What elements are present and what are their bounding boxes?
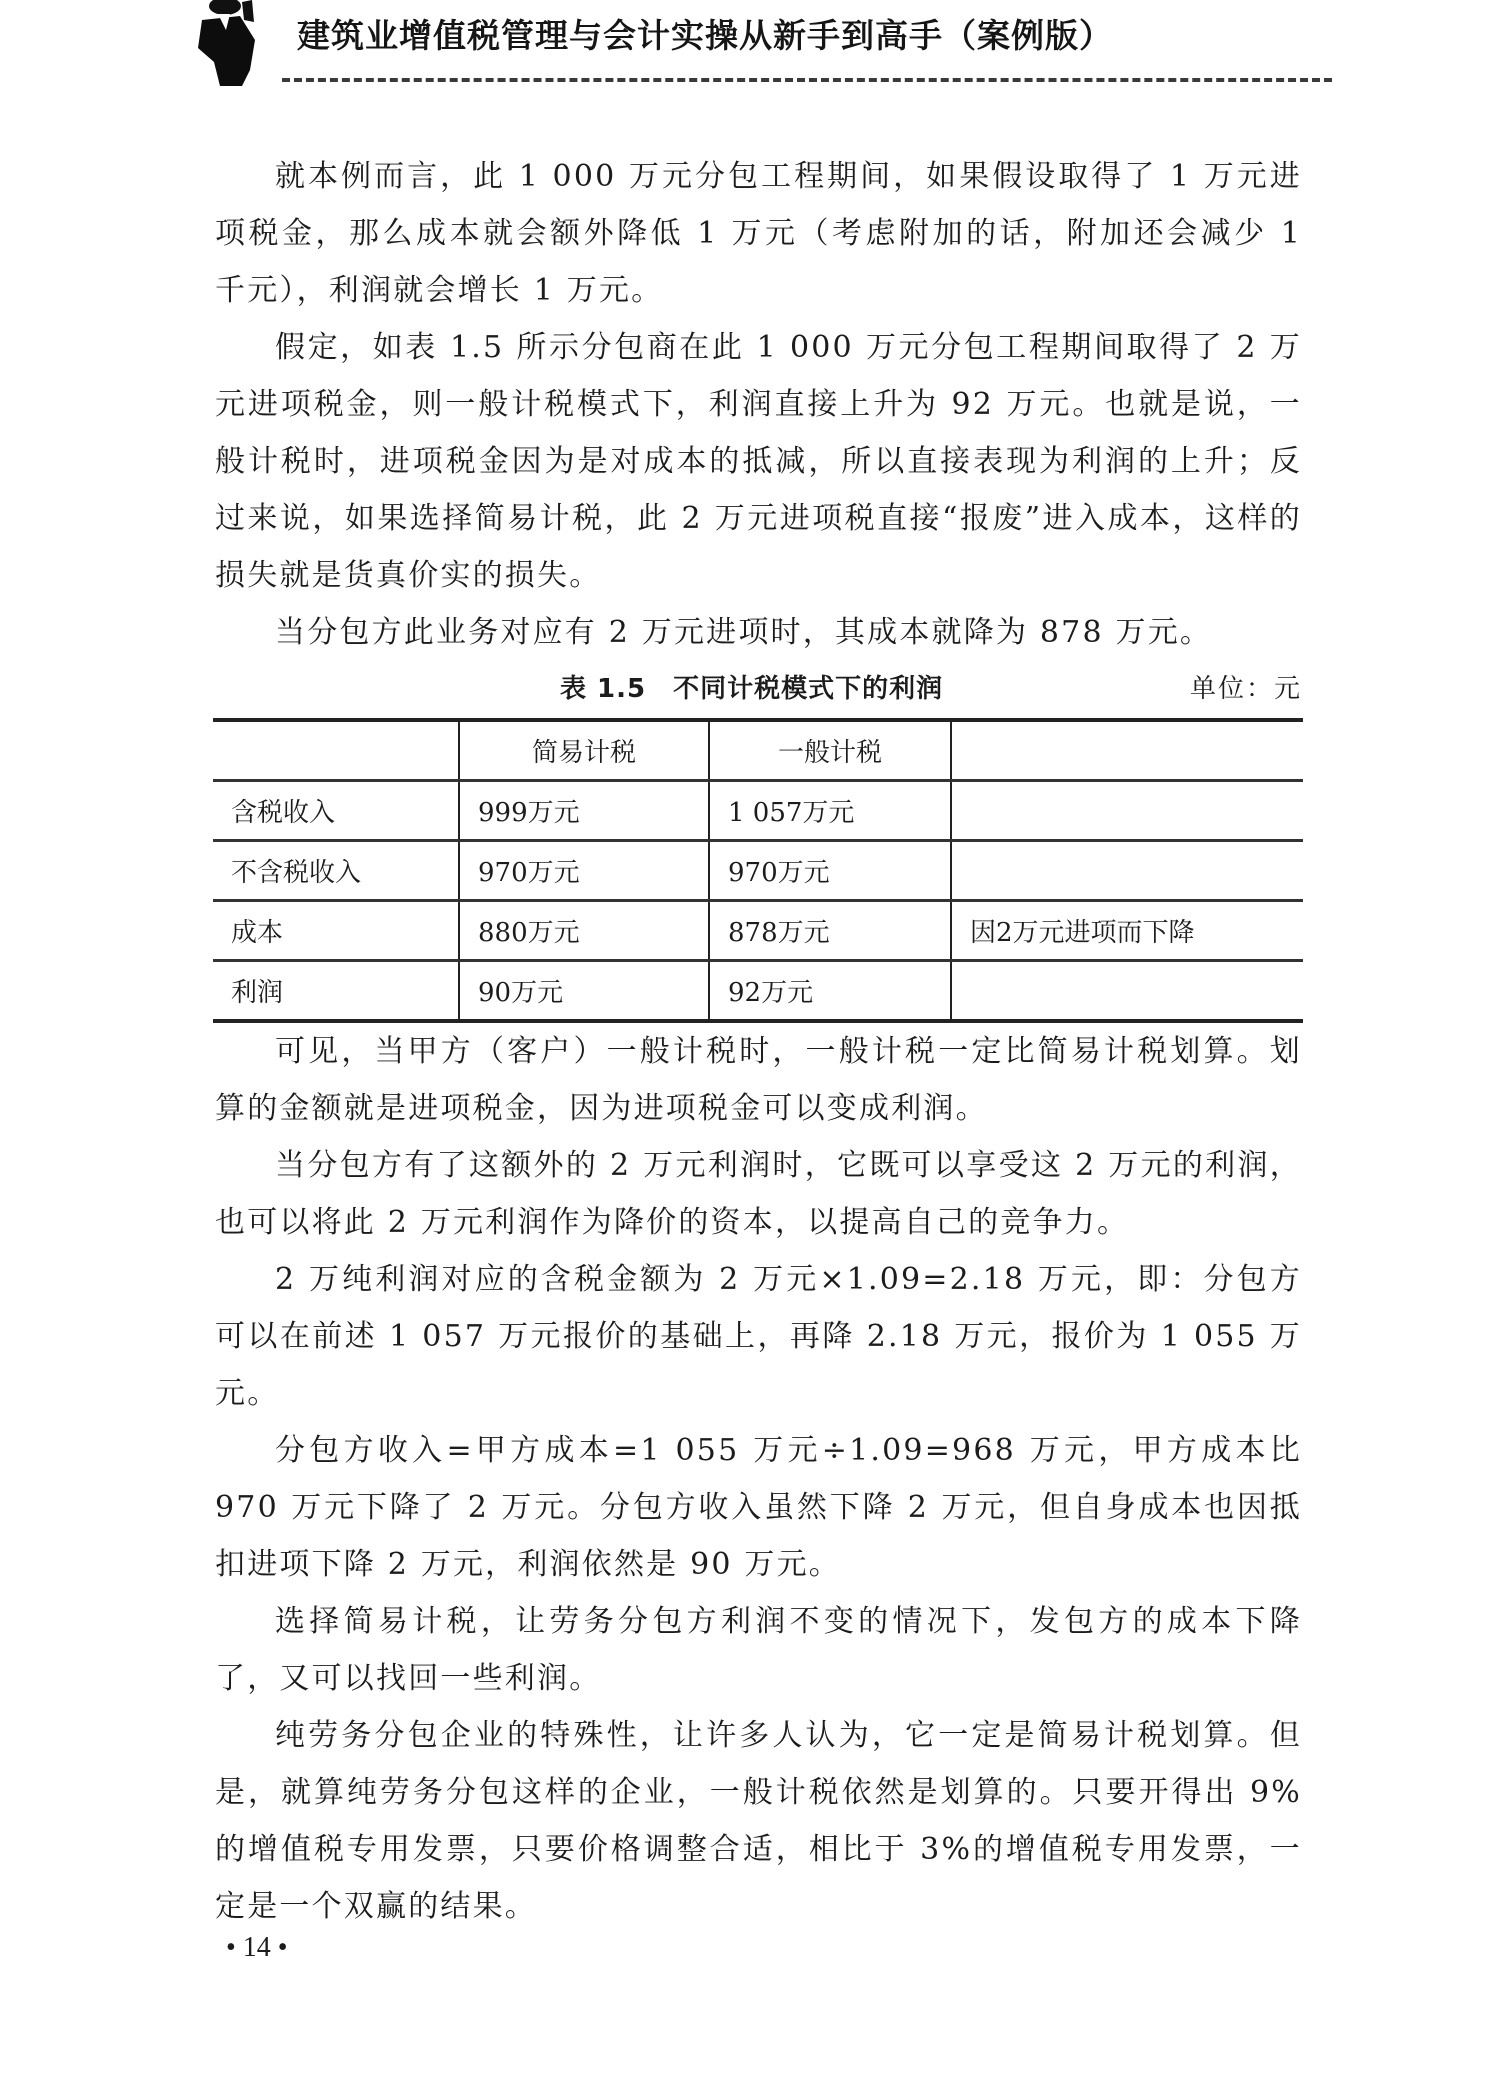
table-row: 利润 90万元 92万元 [213, 961, 1303, 1022]
table-header-cell: 简易计税 [459, 720, 709, 781]
paragraph: 假定，如表 1.5 所示分包商在此 1 000 万元分包工程期间取得了 2 万元… [215, 319, 1302, 604]
paragraph: 可见，当甲方（客户）一般计税时，一般计税一定比简易计税划算。划算的金额就是进项税… [215, 1023, 1302, 1137]
table-cell: 1 057万元 [709, 781, 951, 841]
paragraph: 2 万纯利润对应的含税金额为 2 万元×1.09=2.18 万元，即：分包方可以… [215, 1251, 1302, 1422]
body-text-bottom: 可见，当甲方（客户）一般计税时，一般计税一定比简易计税划算。划算的金额就是进项税… [215, 1023, 1302, 1935]
paragraph: 纯劳务分包企业的特殊性，让许多人认为，它一定是简易计税划算。但是，就算纯劳务分包… [215, 1707, 1302, 1935]
table-cell [951, 781, 1303, 841]
table-cell: 878万元 [709, 901, 951, 961]
table-cell: 成本 [213, 901, 459, 961]
table-cell: 970万元 [459, 841, 709, 901]
table-header-cell [213, 720, 459, 781]
table-row: 不含税收入 970万元 970万元 [213, 841, 1303, 901]
table-cell: 利润 [213, 961, 459, 1022]
body-text-top: 就本例而言，此 1 000 万元分包工程期间，如果假设取得了 1 万元进项税金，… [215, 148, 1302, 661]
table-cell: 92万元 [709, 961, 951, 1022]
table-cell: 含税收入 [213, 781, 459, 841]
table-row: 成本 880万元 878万元 因2万元进项而下降 [213, 901, 1303, 961]
table-cell [951, 961, 1303, 1022]
table-caption: 表 1.5 不同计税模式下的利润 单位：元 [215, 668, 1302, 708]
header-divider [282, 78, 1332, 82]
table-cell: 不含税收入 [213, 841, 459, 901]
table-cell: 880万元 [459, 901, 709, 961]
paragraph: 当分包方有了这额外的 2 万元利润时，它既可以享受这 2 万元的利润，也可以将此… [215, 1137, 1302, 1251]
table-header-row: 简易计税 一般计税 [213, 720, 1303, 781]
table-cell: 因2万元进项而下降 [951, 901, 1303, 961]
table-cell: 999万元 [459, 781, 709, 841]
table-cell [951, 841, 1303, 901]
paragraph: 选择简易计税，让劳务分包方利润不变的情况下，发包方的成本下降了，又可以找回一些利… [215, 1593, 1302, 1707]
book-title: 建筑业增值税管理与会计实操从新手到高手（案例版） [297, 10, 1113, 57]
table-row: 含税收入 999万元 1 057万元 [213, 781, 1303, 841]
page-number: • 14 • [226, 1932, 288, 1964]
table-cell: 90万元 [459, 961, 709, 1022]
table-header-cell: 一般计税 [709, 720, 951, 781]
profit-comparison-table: 简易计税 一般计税 含税收入 999万元 1 057万元 不含税收入 970万元… [213, 718, 1303, 1023]
paragraph: 分包方收入=甲方成本=1 055 万元÷1.09=968 万元，甲方成本比 97… [215, 1422, 1302, 1593]
table-header-cell [951, 720, 1303, 781]
businessman-figure-icon [180, 0, 275, 88]
table-unit: 单位：元 [1190, 668, 1302, 705]
table-cell: 970万元 [709, 841, 951, 901]
paragraph: 就本例而言，此 1 000 万元分包工程期间，如果假设取得了 1 万元进项税金，… [215, 148, 1302, 319]
paragraph: 当分包方此业务对应有 2 万元进项时，其成本就降为 878 万元。 [215, 604, 1302, 661]
table-title: 表 1.5 不同计税模式下的利润 [560, 668, 943, 705]
